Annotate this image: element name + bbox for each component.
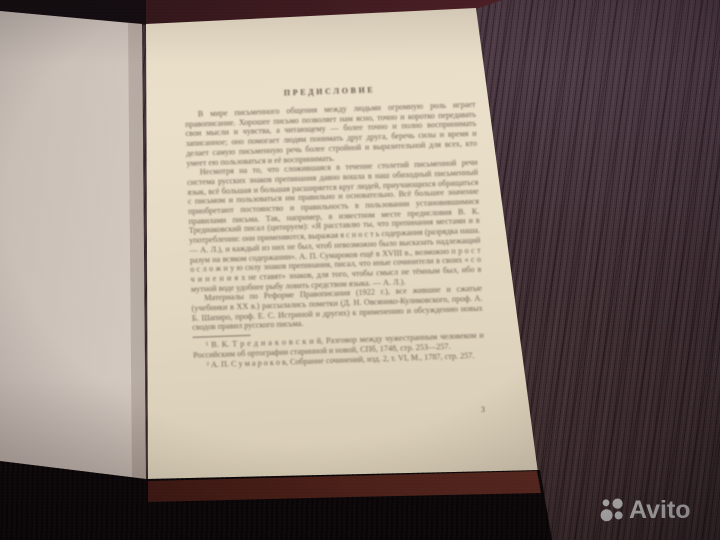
- book-photo-scene: ПРЕДИСЛОВИЕ В мире письменного общения м…: [0, 0, 720, 540]
- page-text-block: ПРЕДИСЛОВИЕ В мире письменного общения м…: [184, 82, 485, 370]
- avito-logo-icon: [599, 497, 626, 524]
- footnote-rule: [193, 335, 251, 338]
- paragraph-1: В мире письменного общения между людьми …: [185, 100, 478, 168]
- avito-watermark-label: Avito: [629, 498, 691, 523]
- avito-watermark: Avito: [599, 497, 691, 524]
- page-number: 3: [481, 405, 485, 414]
- paragraph-2: Несмотря на то, что сложившаяся в течени…: [187, 158, 482, 294]
